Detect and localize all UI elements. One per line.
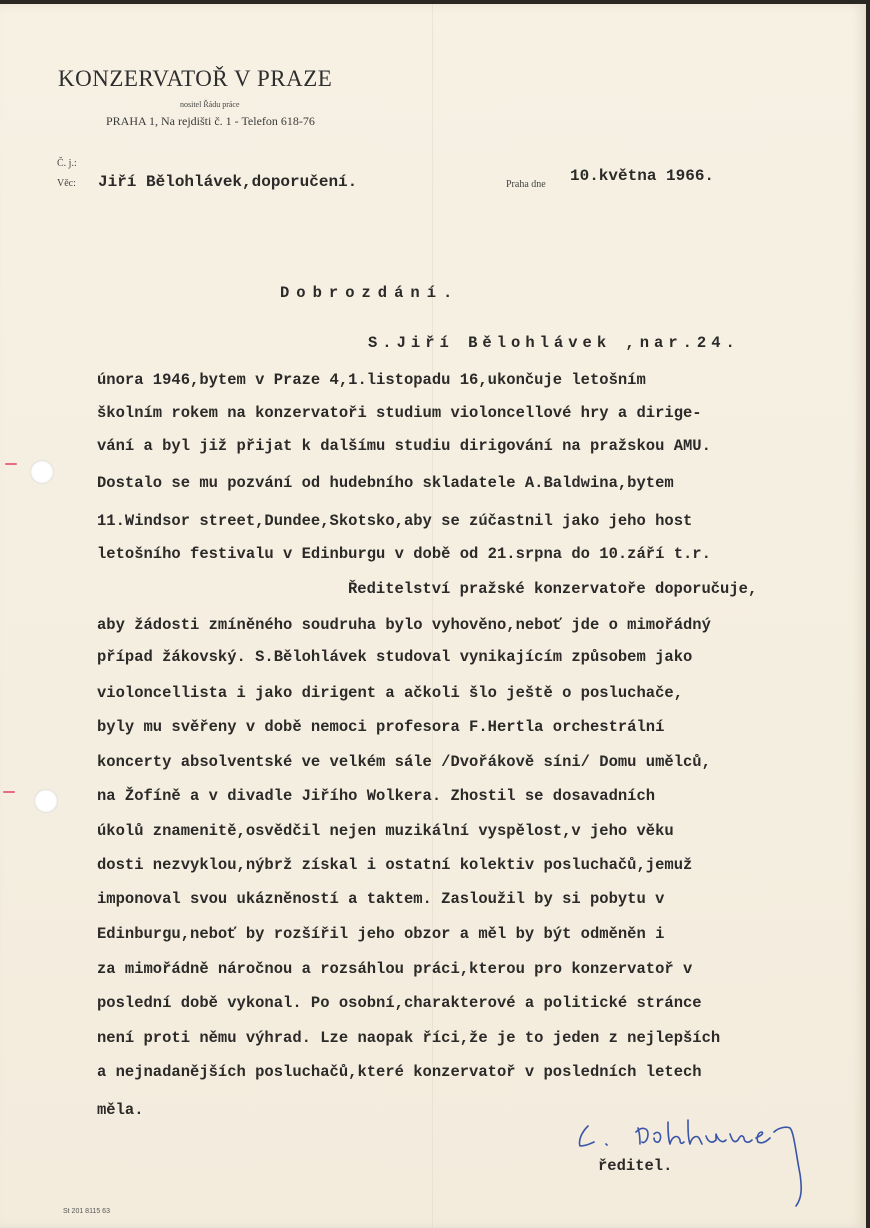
date-label: Praha dne (506, 179, 546, 190)
body-line: není proti němu výhrad. Lze naopak říci,… (97, 1029, 720, 1047)
body-line: violoncellista i jako dirigent a ačkoli … (97, 684, 683, 702)
body-line: koncerty absolventské ve velkém sále /Dv… (97, 753, 711, 771)
punch-hole (34, 789, 58, 813)
body-line: úkolů znamenitě,osvědčil nejen muzikální… (97, 822, 674, 840)
reference-label: Č. j.: (57, 158, 77, 169)
institution-name: KONZERVATOŘ V PRAZE (58, 66, 332, 92)
letter-date: 10.května 1966. (570, 167, 714, 185)
body-line: letošního festivalu v Edinburgu v době o… (97, 545, 711, 563)
print-code: St 201 8115 63 (63, 1208, 110, 1215)
subject-label: Věc: (57, 178, 76, 189)
document-heading: Dobrozdání. (280, 284, 459, 302)
body-line: případ žákovský. S.Bělohlávek studoval v… (97, 648, 692, 666)
body-line: Edinburgu,neboť by rozšířil jeho obzor a… (97, 925, 664, 943)
institution-address: PRAHA 1, Na rejdišti č. 1 - Telefon 618-… (106, 114, 315, 129)
body-line: Ředitelství pražské konzervatoře doporuč… (348, 580, 757, 598)
body-line: vání a byl již přijat k dalšímu studiu d… (97, 437, 711, 455)
body-line: února 1946,bytem v Praze 4,1.listopadu 1… (97, 371, 646, 389)
letterhead: KONZERVATOŘ V PRAZE nositel Řádu práce P… (58, 66, 332, 92)
body-line: Dostalo se mu pozvání od hudebního sklad… (97, 474, 674, 492)
margin-mark (3, 791, 15, 793)
institution-subtitle: nositel Řádu práce (180, 100, 240, 109)
body-line: 11.Windsor street,Dundee,Skotsko,aby se … (97, 512, 692, 530)
body-line: měla. (97, 1101, 144, 1119)
signatory-title: ředitel. (598, 1157, 672, 1175)
body-line: školním rokem na konzervatoři studium vi… (97, 404, 702, 422)
body-line: za mimořádně náročnou a rozsáhlou práci,… (97, 960, 692, 978)
subject-line: Jiří Bělohlávek,doporučení. (98, 173, 357, 191)
punch-hole (30, 460, 54, 484)
body-line: aby žádosti zmíněného soudruha bylo vyho… (97, 616, 711, 634)
body-line: a nejnadanějších posluchačů,které konzer… (97, 1063, 702, 1081)
margin-mark (5, 463, 17, 465)
body-line: S.Jiří Bělohlávek ,nar.24. (368, 334, 740, 352)
letter-sheet: KONZERVATOŘ V PRAZE nositel Řádu práce P… (0, 4, 866, 1228)
body-line: poslední době vykonal. Po osobní,charakt… (97, 994, 702, 1012)
body-line: imponoval svou ukázněností a taktem. Zas… (97, 890, 664, 908)
body-line: na Žofíně a v divadle Jiřího Wolkera. Zh… (97, 787, 655, 805)
body-line: dosti nezvyklou,nýbrž získal i ostatní k… (97, 856, 692, 874)
body-line: byly mu svěřeny v době nemoci profesora … (97, 718, 664, 736)
